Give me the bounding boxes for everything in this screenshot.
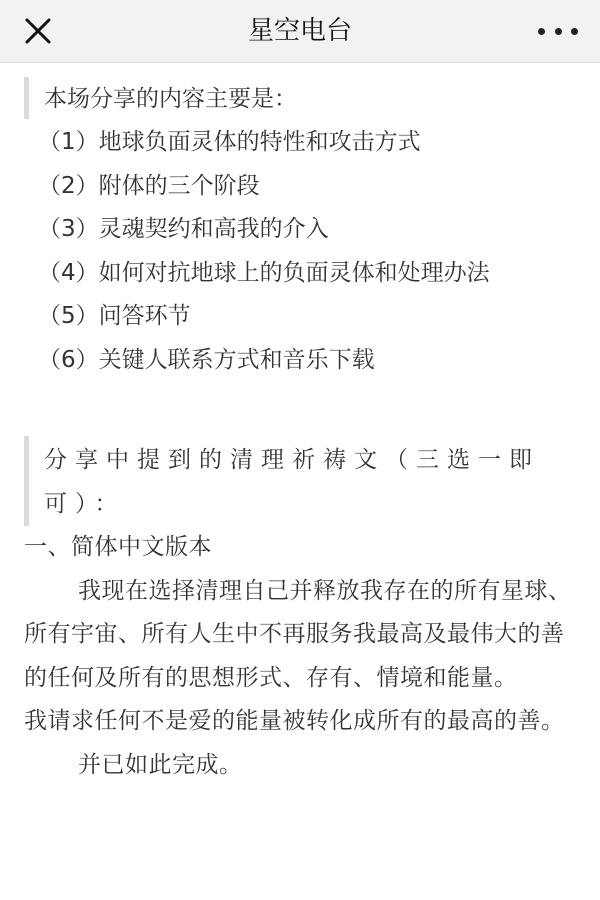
close-button[interactable] [22,15,54,47]
list-item-text: （4）如何对抗地球上的负面灵体和处理办法 [38,260,490,286]
more-icon [571,28,578,35]
prayer-paragraph: 我现在选择清理自己并释放我存在的所有星球、所有宇宙、所有人生中不再服务我最高及最… [24,570,576,701]
section-heading-quote: 分享中提到的清理祈祷文（三选一即可）： [24,436,576,526]
list-item: （1）地球负面灵体的特性和攻击方式 [24,121,576,165]
list-item: （5）问答环节 [24,295,576,339]
more-button[interactable] [538,20,578,42]
prayer-paragraph: 我请求任何不是爱的能量被转化成所有的最高的善。 [24,700,576,744]
more-icon [538,28,545,35]
prayer-paragraph: 并已如此完成。 [24,744,576,788]
close-icon [22,15,54,47]
article-content: 本场分享的内容主要是： （1）地球负面灵体的特性和攻击方式 （2）附体的三个阶段… [0,77,600,787]
spacer [24,382,576,422]
subheading: 一、简体中文版本 [24,526,576,570]
list-item: （2）附体的三个阶段 [24,165,576,209]
top-navbar: 星空电台 [0,0,600,63]
more-icon [555,28,562,35]
list-item: （4）如何对抗地球上的负面灵体和处理办法 [24,252,576,296]
section-heading-quote: 本场分享的内容主要是： [24,77,576,119]
list-item: （3）灵魂契约和高我的介入 [24,208,576,252]
page-title: 星空电台 [0,0,600,62]
list-item: （6）关键人联系方式和音乐下载 [24,339,576,383]
